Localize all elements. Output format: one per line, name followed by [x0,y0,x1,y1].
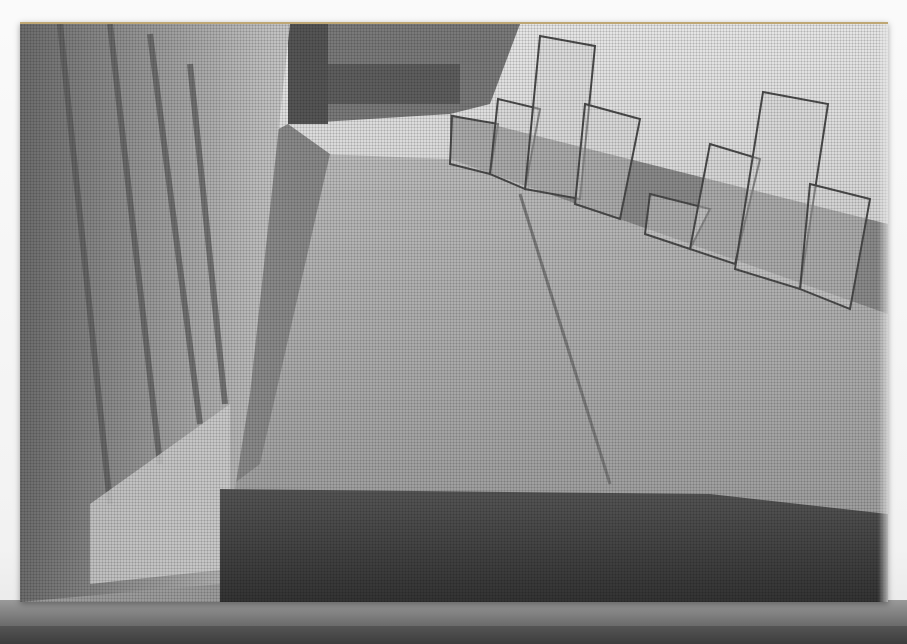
glass-edge [878,24,888,602]
glass-photo-block [20,22,888,602]
photo-scene [20,24,888,602]
base-edge [0,626,907,644]
dark-ground [220,489,888,602]
